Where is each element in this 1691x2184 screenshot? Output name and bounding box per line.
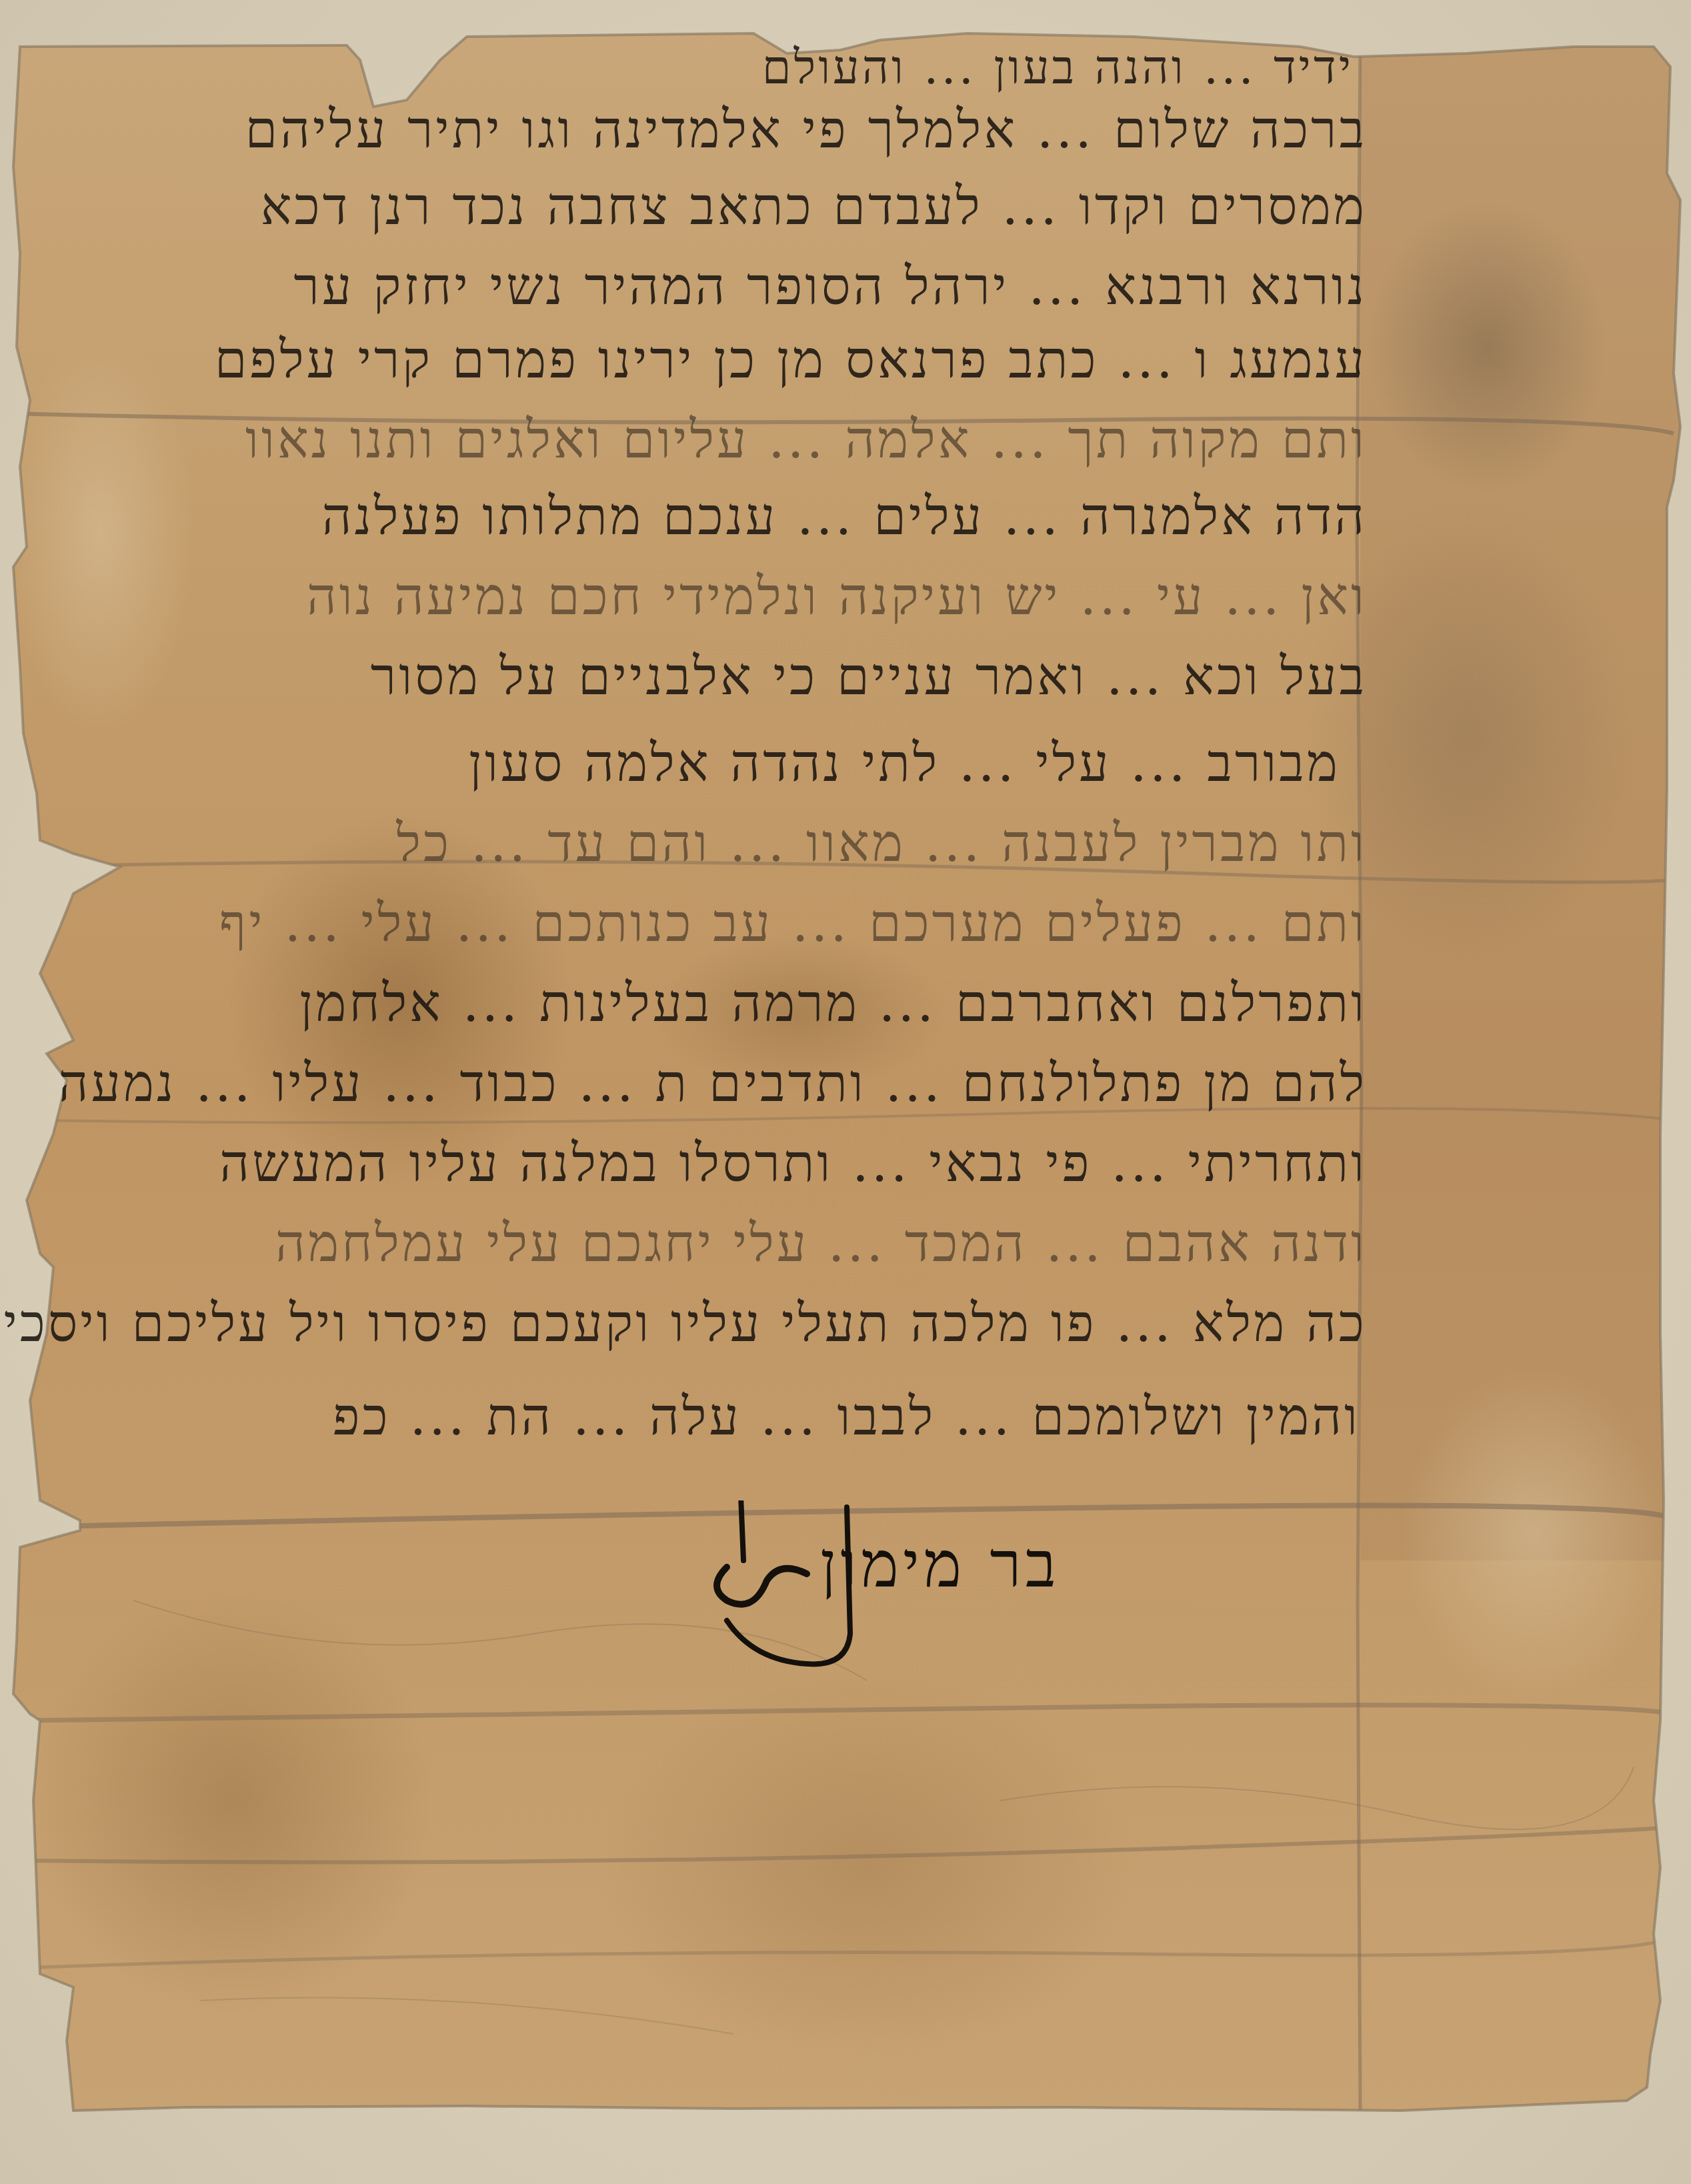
text-line: בעל וכא ... ואמר עניים כי אלבניים על מסו… [371, 647, 1367, 707]
text-line: כה מלא ... פו מלכה תעלי עליו וקעכם פיסרו… [0, 1294, 1367, 1354]
text-line-top-margin: ידיד ... והנה בעון ... והעולם [762, 40, 1354, 95]
text-line: ותחריתי ... פי נבאי ... ותרסלו במלנה עלי… [219, 1134, 1367, 1194]
text-line: נורנא ורבנא ... ירהל הסופר המהיר נשי יחז… [294, 257, 1367, 317]
text-line: ואן ... עי ... יש ועיקנה ונלמידי חכם נמי… [307, 567, 1367, 627]
text-line: והמין ושלומכם ... לבבו ... עלה ... הת ..… [333, 1387, 1360, 1447]
text-line: ותו מברין לעבנה ... מאוו ... והם עד ... … [397, 814, 1367, 874]
text-line: ותפרלנם ואחברבם ... מרמה בעלינות ... אלח… [299, 974, 1367, 1034]
text-line: ותם מקוה תך ... אלמה ... עליום ואלגים ות… [245, 410, 1367, 470]
text-line: ממסרים וקדו ... לעבדם כתאב צחבה נכד רנן … [261, 177, 1367, 237]
text-line: הדה אלמנרה ... עלים ... ענכם מתלותו פעלנ… [322, 487, 1367, 547]
text-line: מבורב ... עלי ... לתי נהדה אלמה סעון [469, 734, 1340, 794]
text-line: ענמעג ו ... כתב פרנאס מן כן ירינו פמרם ק… [215, 330, 1367, 390]
signature: בר מימון [687, 1500, 1060, 1674]
text-line: ודנה אהבם ... המכד ... עלי יחגכם עלי עמל… [275, 1214, 1367, 1274]
manuscript-fragment: ידיד ... והנה בעון ... והעולם ברכה שלום … [0, 0, 1691, 2184]
text-line: ותם ... פעלים מערכם ... עב כנותכם ... על… [219, 894, 1367, 954]
signature-text: בר מימון [820, 1527, 1060, 1602]
text-line: ברכה שלום ... אלמלך פי אלמדינה וגו יתיר … [245, 100, 1367, 160]
text-line: להם מן פתלולנחם ... ותדבים ת ... כבוד ..… [59, 1054, 1367, 1114]
